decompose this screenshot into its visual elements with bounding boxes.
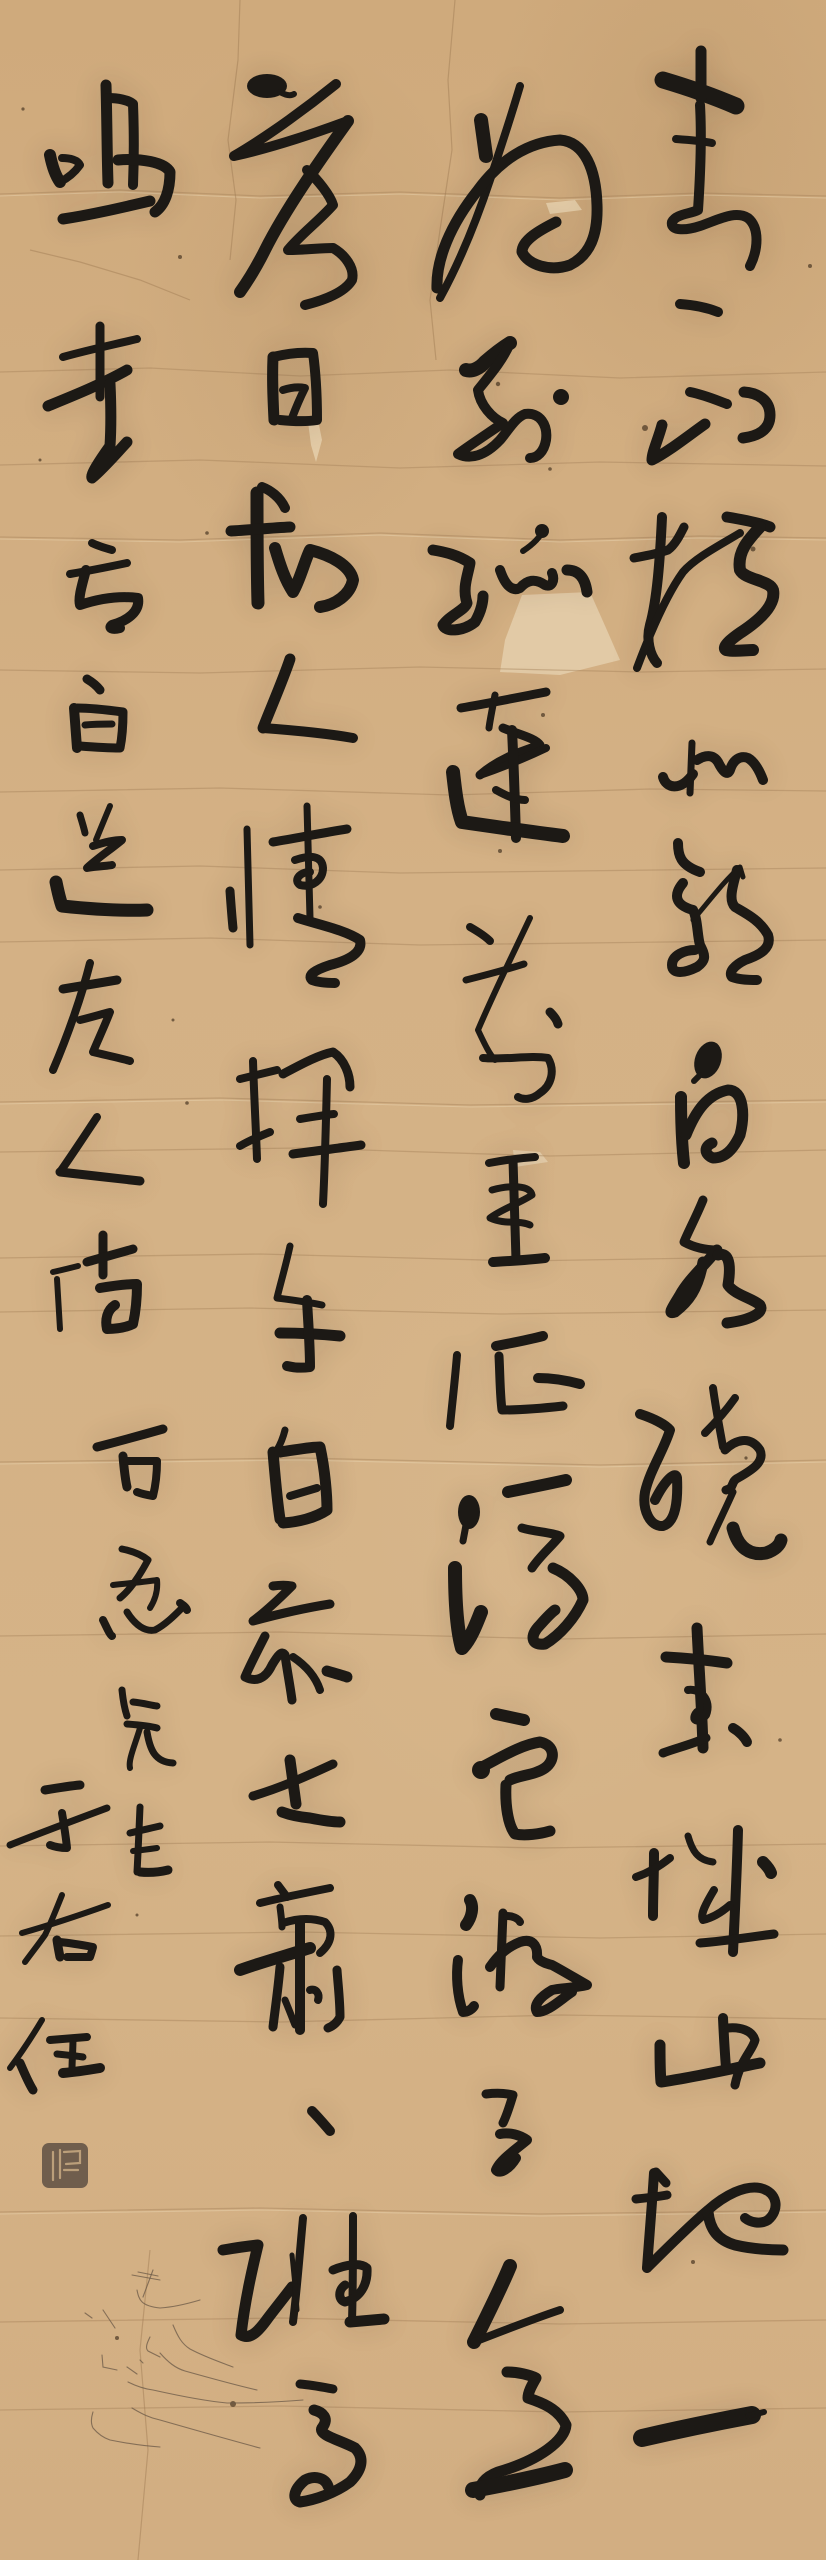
attribution-char: 詩 xyxy=(52,1233,142,1333)
poem-char: 班 xyxy=(220,2210,387,2344)
poem-char: 茲 xyxy=(242,1576,350,1704)
poem-char: 去 xyxy=(250,1758,345,1838)
poem-char: 別 xyxy=(452,340,570,462)
text-layer: 青 山 橫 北 郭 白 水 繞 東 城 此 地 一 為 別 孤 蓬 萬 里 征 … xyxy=(0,0,826,2560)
poem-char: 雲 xyxy=(472,1705,554,1842)
attribution-char: 李 xyxy=(45,325,140,483)
poem-char: 浮 xyxy=(445,1474,590,1656)
poem-char: 東 xyxy=(660,1624,752,1758)
dedication-char: 先 xyxy=(118,1684,175,1774)
poem-char: 萬 xyxy=(460,915,560,1105)
poem-char: 鳴 xyxy=(45,80,175,225)
poem-char: 人 xyxy=(258,655,358,747)
poem-char: 為 xyxy=(432,82,602,307)
attribution-char: 人 xyxy=(58,1112,142,1187)
poem-char: 郭 xyxy=(665,840,775,985)
poem-char: 落 xyxy=(228,68,358,308)
poem-char: 日 xyxy=(268,346,322,426)
repetition-mark-char: 、 xyxy=(308,2108,334,2134)
poem-char: 城 xyxy=(634,1826,779,1958)
attribution-char: 友 xyxy=(52,962,132,1076)
poem-char: 馬 xyxy=(288,2380,368,2506)
poem-char: 此 xyxy=(652,2014,767,2090)
poem-char: 橫 xyxy=(630,515,780,673)
attribution-char: 白 xyxy=(70,676,126,754)
calligraphy-scroll: 青 山 橫 北 郭 白 水 繞 東 城 此 地 一 為 別 孤 蓬 萬 里 征 … xyxy=(0,0,826,2560)
poem-char: 山 xyxy=(645,298,775,463)
poem-char: 白 xyxy=(675,1040,750,1168)
poem-char: 一 xyxy=(636,2408,761,2448)
poem-char: 北 xyxy=(660,740,770,796)
dedication-char: 生 xyxy=(127,1804,171,1881)
poem-char: 水 xyxy=(662,1196,767,1326)
poem-char: 子 xyxy=(484,2088,530,2176)
attribution-char: 太 xyxy=(68,540,143,632)
signature-char: 任 xyxy=(8,2018,103,2092)
dedication-char: 忍 xyxy=(100,1545,190,1640)
signature-char: 右 xyxy=(18,1893,111,1963)
poem-char: 地 xyxy=(634,2165,786,2277)
signature-char: 于 xyxy=(8,1783,110,1851)
attribution-char: 送 xyxy=(52,805,149,923)
poem-char: 征 xyxy=(445,1330,585,1430)
poem-char: 手 xyxy=(275,1242,342,1372)
poem-char: 孤 xyxy=(430,525,592,637)
poem-char: 揮 xyxy=(236,1050,364,1206)
poem-char: 蓬 xyxy=(448,685,568,845)
poem-char: 里 xyxy=(485,1150,550,1268)
poem-char: 意 xyxy=(466,2262,570,2502)
poem-char: 蕭 xyxy=(238,1884,343,2032)
poem-char: 遊 xyxy=(452,1898,590,2018)
poem-char: 故 xyxy=(228,485,358,611)
poem-char: 自 xyxy=(268,1428,332,1528)
poem-char: 青 xyxy=(655,48,770,270)
dedication-char: 百 xyxy=(95,1425,167,1502)
poem-char: 情 xyxy=(226,804,364,986)
poem-char: 繞 xyxy=(638,1383,783,1561)
